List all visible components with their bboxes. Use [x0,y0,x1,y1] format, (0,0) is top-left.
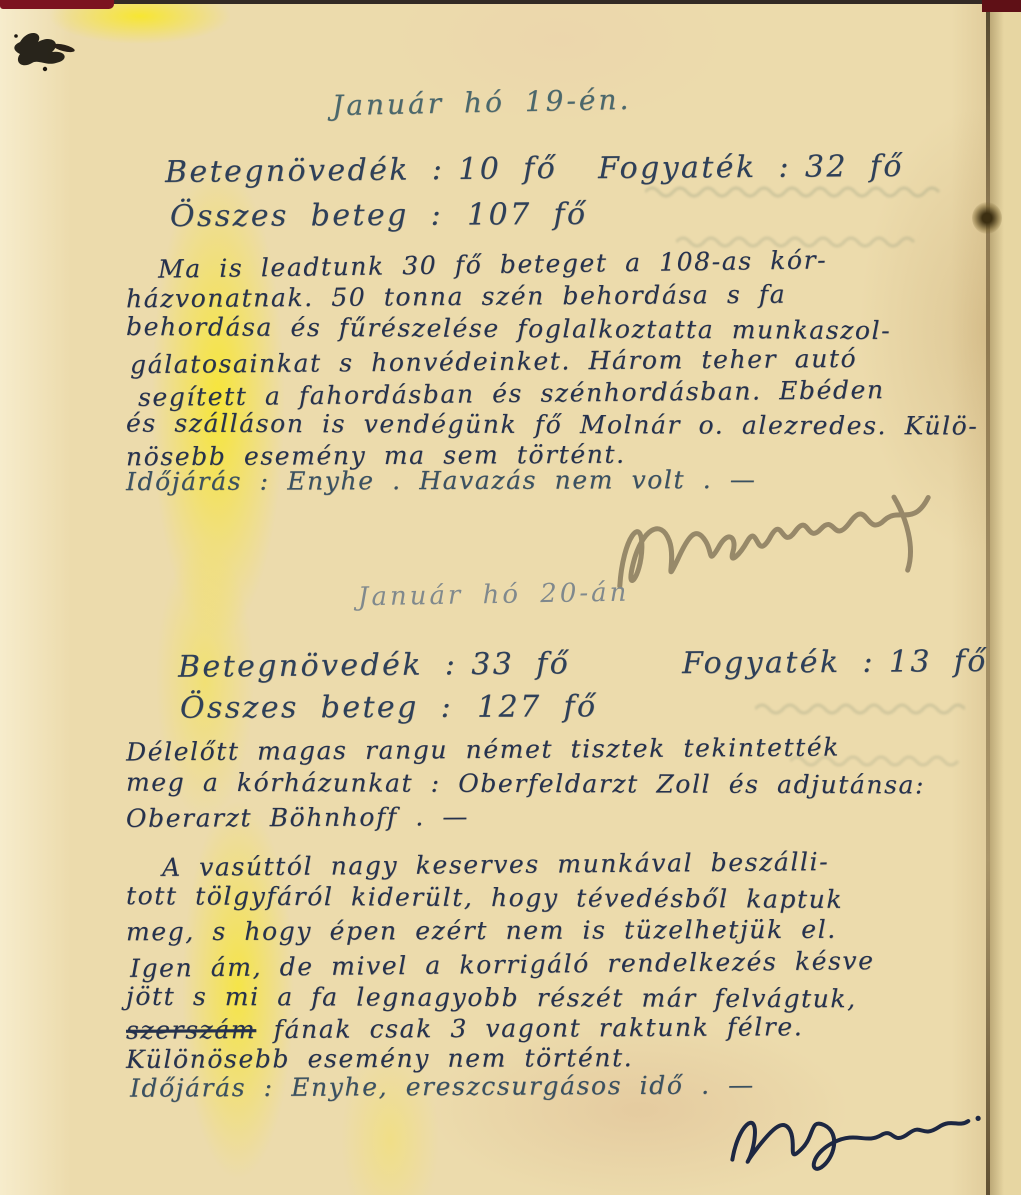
page-fold-crease [986,0,990,1195]
patient-loss-value: 13 fő [889,644,988,680]
patient-growth-label: Betegnövedék : [178,647,458,684]
entry-date-heading: Január hó 20-án [358,578,630,613]
red-cover-edge-left [0,0,114,9]
patient-total-stat: Összes beteg :127 fő [180,689,598,725]
patient-growth-value: 10 fő [458,151,557,187]
entry-date-heading: Január hó 19-én. [332,83,632,122]
patient-loss-stat: Fogyaték :32 fő [598,149,904,186]
ink-blot [8,22,86,74]
body-line: A vasúttól nagy keserves munkával beszál… [162,847,829,882]
patient-total-label: Összes beteg : [170,198,443,234]
body-line: Oberarzt Böhnhoff . — [126,802,469,833]
patient-total-label: Összes beteg : [180,690,453,726]
patient-growth-value: 33 fő [471,646,570,682]
patient-loss-label: Fogyaték : [682,645,875,681]
red-cover-edge-right [982,0,1021,12]
binding-hole [972,202,1002,234]
patient-loss-value: 32 fő [805,149,904,185]
patient-total-stat: Összes beteg :107 fő [170,197,588,234]
body-line: meg a kórházunkat : Oberfeldarzt Zoll és… [126,768,925,800]
patient-total-value: 107 fő [467,197,588,233]
body-line: behordása és fűrészelése foglalkoztatta … [126,312,891,345]
body-line: jött s mi a fa legnagyobb részét már fel… [126,982,857,1014]
body-line: Különösebb esemény nem történt. [126,1043,633,1074]
next-page-edge [990,0,1021,1195]
body-line-with-strikethrough: szerszám fának csak 3 vagont raktunk fél… [126,1012,803,1045]
patient-growth-stat: Betegnövedék :10 fő [165,151,558,190]
patient-total-value: 127 fő [477,689,597,724]
bleed-through-text-ghost [755,700,965,718]
body-line: meg, s hogy épen ezért nem is tüzelhetjü… [126,915,837,946]
patient-growth-stat: Betegnövedék :33 fő [178,646,570,684]
body-line: és szálláson is vendégünk fő Molnár o. a… [126,409,978,441]
body-line: házvonatnak. 50 tonna szén behordása s f… [126,280,786,314]
body-line-rest: fának csak 3 vagont raktunk félre. [256,1012,803,1044]
patient-growth-label: Betegnövedék : [165,152,445,190]
body-line: tott tölgyfáról kiderült, hogy tévedésbő… [126,881,843,914]
bleed-through-text-ghost [645,183,945,201]
body-line: Délelőtt magas rangu német tisztek tekin… [126,733,840,767]
weather-line: Időjárás : Enyhe . Havazás nem volt . — [126,465,757,496]
weather-line: Időjárás : Enyhe, ereszcsurgásos idő . — [130,1070,755,1102]
diary-page-scan: Január hó 19-én. Betegnövedék :10 fő Fog… [0,0,1021,1195]
struck-word: szerszám [126,1015,256,1045]
patient-loss-label: Fogyaték : [598,150,791,186]
book-top-edge [0,0,1021,4]
patient-loss-stat: Fogyaték :13 fő [682,644,988,681]
